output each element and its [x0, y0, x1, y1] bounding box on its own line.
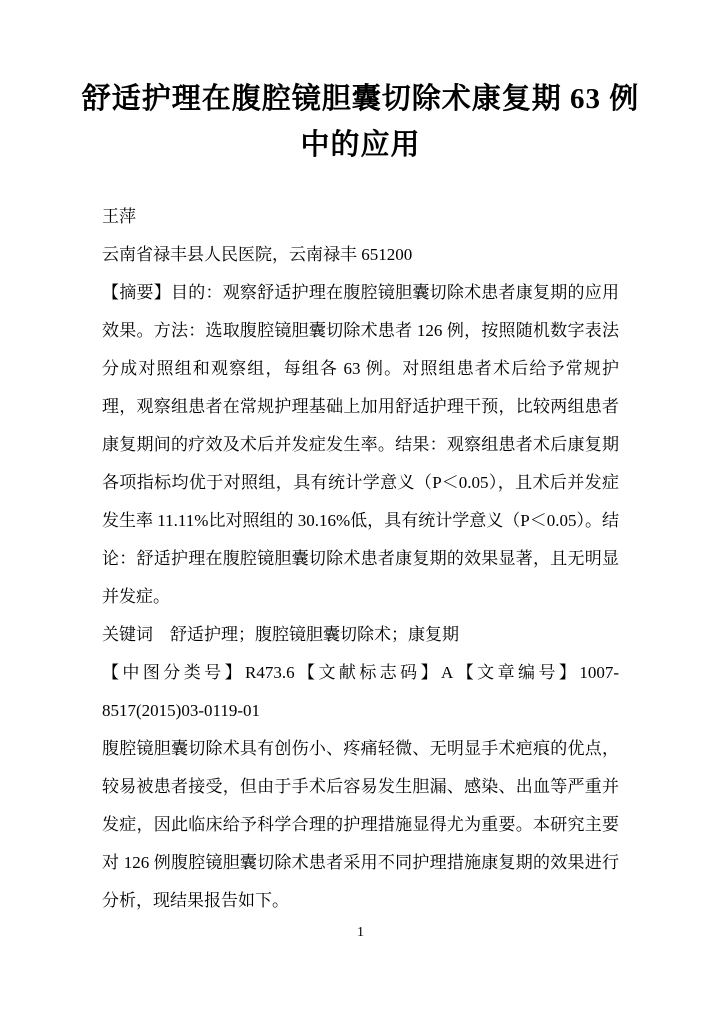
author-name: 王萍	[102, 198, 619, 236]
paper-title-line-1: 舒适护理在腹腔镜胆囊切除术康复期 63 例	[0, 76, 721, 122]
paper-body: 王萍 云南省禄丰县人民医院，云南禄丰 651200 【摘要】目的：观察舒适护理在…	[102, 198, 619, 920]
intro-paragraph: 腹腔镜胆囊切除术具有创伤小、疼痛轻微、无明显手术疤痕的优点，较易被患者接受，但由…	[102, 730, 619, 920]
paper-title-line-2: 中的应用	[0, 122, 721, 168]
classification-line: 【中图分类号】R473.6【文献标志码】A【文章编号】1007-8517(201…	[102, 654, 619, 730]
document-page: 舒适护理在腹腔镜胆囊切除术康复期 63 例 中的应用 王萍 云南省禄丰县人民医院…	[0, 0, 721, 1020]
paper-title: 舒适护理在腹腔镜胆囊切除术康复期 63 例 中的应用	[0, 76, 721, 168]
affiliation: 云南省禄丰县人民医院，云南禄丰 651200	[102, 236, 619, 274]
keywords-line: 关键词 舒适护理；腹腔镜胆囊切除术；康复期	[102, 616, 619, 654]
page-number: 1	[0, 924, 721, 942]
abstract-paragraph: 【摘要】目的：观察舒适护理在腹腔镜胆囊切除术患者康复期的应用效果。方法：选取腹腔…	[102, 274, 619, 616]
